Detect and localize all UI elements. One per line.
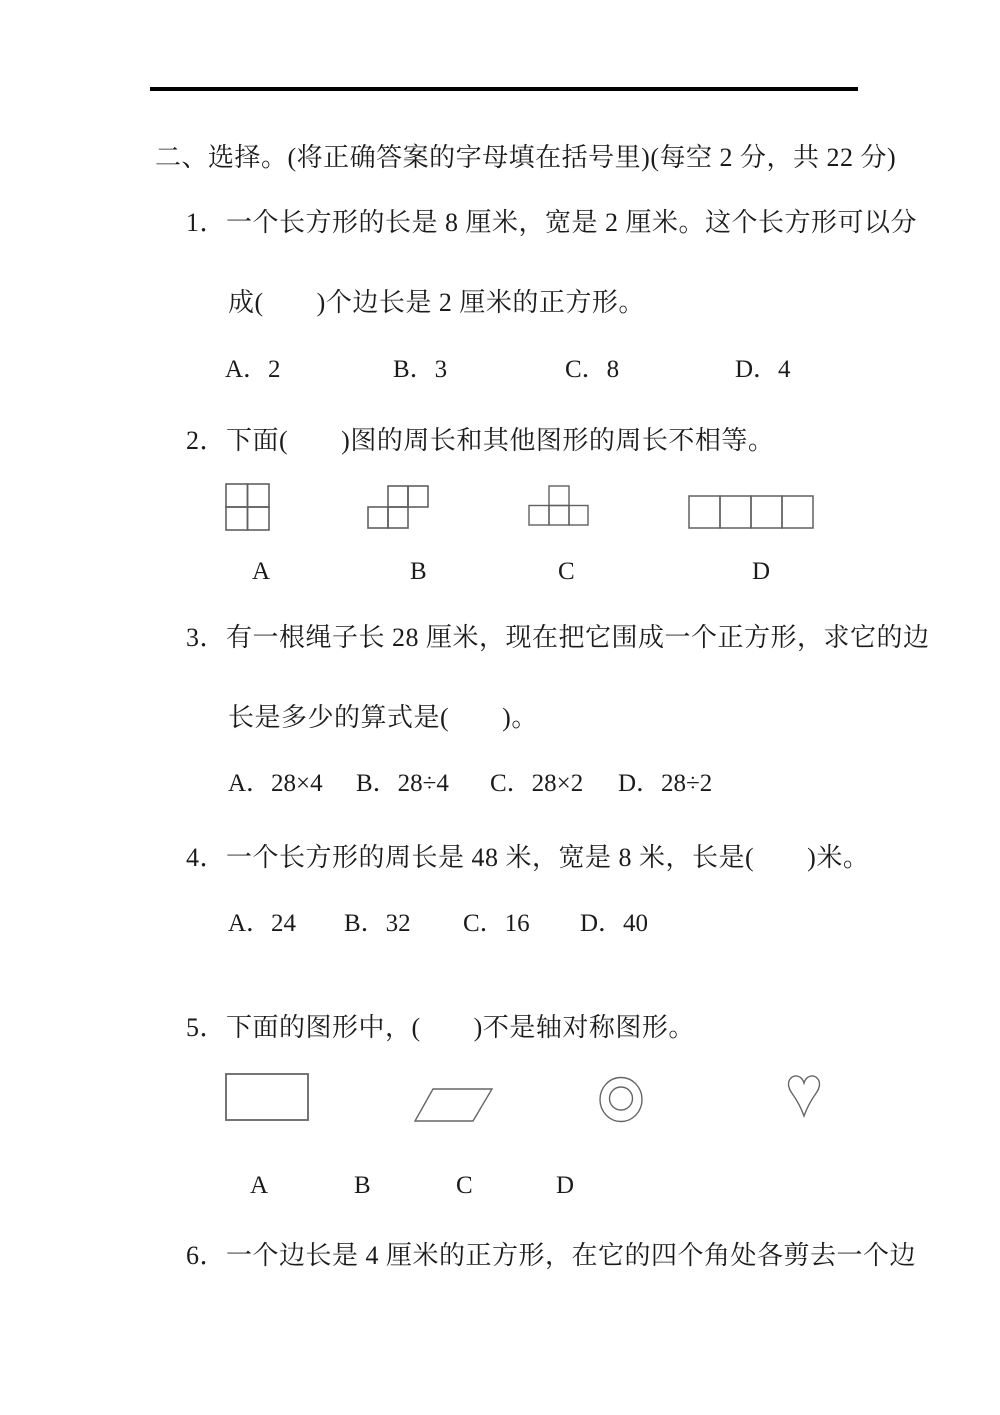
q2-figure-d-1x4-row bbox=[688, 495, 814, 529]
q2-figure-a-2x2-grid bbox=[225, 483, 270, 531]
q2-figure-label-d: D bbox=[752, 558, 770, 586]
q3-line1: 3．有一根绳子长 28 厘米，现在把它围成一个正方形，求它的边 bbox=[186, 623, 930, 653]
q2-figure-b-s-tetromino bbox=[367, 485, 429, 529]
q1-option-a: A．2 bbox=[225, 356, 281, 384]
q2-figure-label-c: C bbox=[558, 558, 575, 586]
q5-figure-label-d: D bbox=[556, 1172, 574, 1200]
q5-figure-label-a: A bbox=[250, 1172, 268, 1200]
q2-figure-c-t-tetromino bbox=[528, 485, 589, 526]
q1-line1: 1．一个长方形的长是 8 厘米，宽是 2 厘米。这个长方形可以分 bbox=[186, 208, 917, 238]
q5-figure-label-b: B bbox=[354, 1172, 371, 1200]
q5-figure-a-rectangle bbox=[225, 1073, 309, 1122]
q3-option-d: D．28÷2 bbox=[618, 770, 712, 798]
q5-figure-label-c: C bbox=[456, 1172, 473, 1200]
top-divider-rule bbox=[150, 87, 858, 91]
q4-option-d: D．40 bbox=[580, 910, 648, 938]
q6-line1: 6．一个边长是 4 厘米的正方形，在它的四个角处各剪去一个边 bbox=[186, 1241, 916, 1271]
q3-line2: 长是多少的算式是( )。 bbox=[228, 703, 538, 733]
q4-option-b: B．32 bbox=[344, 910, 411, 938]
q2-figure-label-b: B bbox=[410, 558, 427, 586]
q3-option-b: B．28÷4 bbox=[356, 770, 449, 798]
q5-line1: 5．下面的图形中，( )不是轴对称图形。 bbox=[186, 1013, 695, 1043]
section-heading: 二、选择。(将正确答案的字母填在括号里)(每空 2 分，共 22 分) bbox=[155, 143, 896, 173]
q4-option-a: A．24 bbox=[228, 910, 296, 938]
q5-figure-c-concentric-circles bbox=[598, 1076, 645, 1123]
q1-line2: 成( )个边长是 2 厘米的正方形。 bbox=[228, 288, 645, 318]
q1-option-d: D．4 bbox=[735, 356, 791, 384]
q2-figure-label-a: A bbox=[252, 558, 270, 586]
q4-option-c: C．16 bbox=[463, 910, 530, 938]
q1-option-b: B．3 bbox=[393, 356, 447, 384]
q2-line1: 2．下面( )图的周长和其他图形的周长不相等。 bbox=[186, 426, 774, 456]
q5-figure-d-heart bbox=[785, 1073, 823, 1119]
q1-option-c: C．8 bbox=[565, 356, 619, 384]
q3-option-a: A．28×4 bbox=[228, 770, 323, 798]
q4-line1: 4．一个长方形的周长是 48 米，宽是 8 米，长是( )米。 bbox=[186, 843, 869, 873]
q5-figure-b-parallelogram bbox=[414, 1088, 493, 1123]
exam-page: 二、选择。(将正确答案的字母填在括号里)(每空 2 分，共 22 分) 1．一个… bbox=[0, 0, 1000, 1415]
q3-option-c: C．28×2 bbox=[490, 770, 583, 798]
